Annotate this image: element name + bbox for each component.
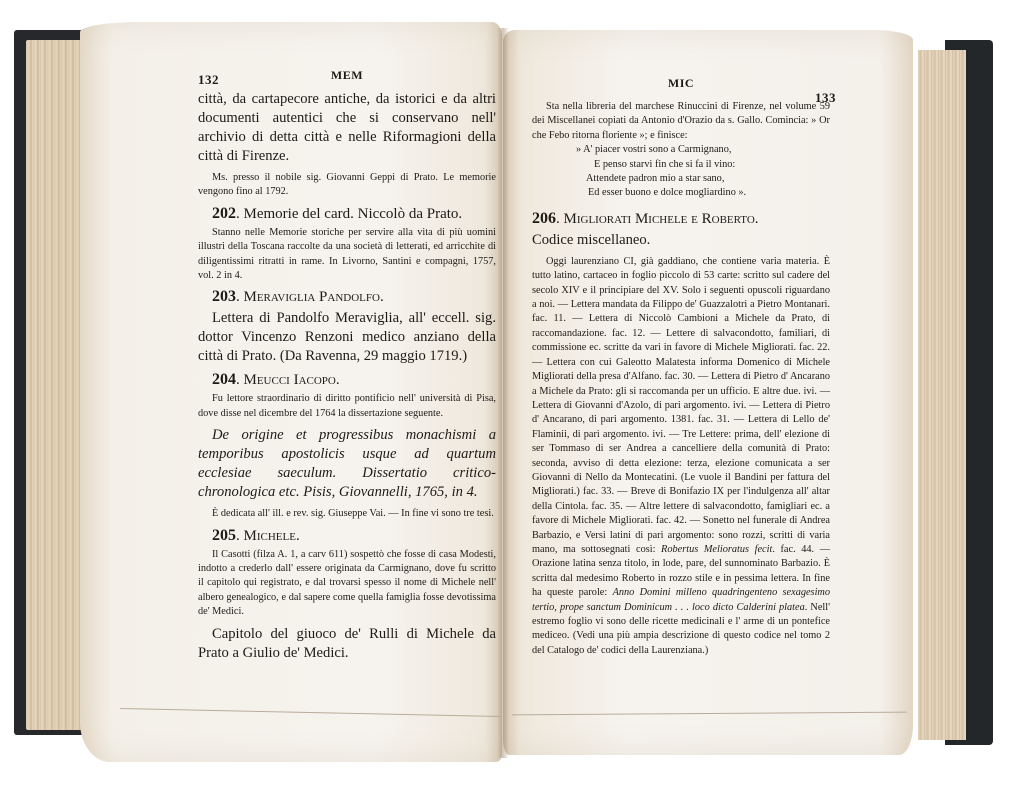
running-header: MIC 133 <box>532 80 830 100</box>
page-edges-right <box>918 50 966 740</box>
running-header: 132 MEM <box>198 70 496 90</box>
continuation-note: Ms. presso il nobile sig. Giovanni Geppi… <box>198 171 496 200</box>
left-page-text: 132 MEM città, da cartapecore antiche, d… <box>198 70 496 663</box>
entry-204-note2: È dedicata all' ill. e rev. sig. Giusepp… <box>198 507 496 521</box>
entry-206-title: Codice miscellaneo. <box>532 231 830 250</box>
entry-title: Memorie del card. Niccolò da Prato. <box>244 206 463 222</box>
entry-203-heading: 203. Meraviglia Pandolfo. <box>198 287 496 307</box>
entry-205-title: Capitolo del giuoco de' Rulli di Michele… <box>198 625 496 663</box>
entry-author: Migliorati Michele e Roberto. <box>564 211 759 227</box>
entry-204-heading: 204. Meucci Iacopo. <box>198 370 496 390</box>
entry-number: 203 <box>212 288 236 305</box>
verse-line: Ed esser buono e dolce mogliardino ». <box>576 186 830 200</box>
entry-203-title: Lettera di Pandolfo Meraviglia, all' ecc… <box>198 309 496 366</box>
page-number: 133 <box>815 90 836 106</box>
entry-205-heading: 205. Michele. <box>198 526 496 546</box>
running-head-word: MIC <box>532 76 830 91</box>
note-italic: Robertus Melioratus fecit <box>661 544 772 555</box>
note-text: Oggi laurenziano CI, già gaddiano, che c… <box>532 256 830 555</box>
entry-202-note: Stanno nelle Memorie storiche per servir… <box>198 226 496 284</box>
entry-author: Meucci Iacopo. <box>244 372 340 388</box>
verse-line: E penso starvi fin che si fa il vino: <box>576 158 830 172</box>
entry-number: 202 <box>212 205 236 222</box>
verse-line: » A' piacer vostri sono a Carmignano, <box>576 143 830 157</box>
entry-author: Meraviglia Pandolfo. <box>244 289 384 305</box>
running-head-word: MEM <box>198 68 496 83</box>
gutter-shadow <box>497 28 509 758</box>
verse-line: Attendete padron mio a star sano, <box>576 172 830 186</box>
continuation-note: Sta nella libreria del marchese Rinuccin… <box>532 100 830 143</box>
entry-author: Michele. <box>244 528 300 544</box>
entry-number: 205 <box>212 527 236 544</box>
quoted-verse: » A' piacer vostri sono a Carmignano, E … <box>532 143 830 201</box>
entry-number: 206 <box>532 210 556 227</box>
right-page-text: MIC 133 Sta nella libreria del marchese … <box>532 80 830 658</box>
continuation-text: città, da cartapecore antiche, da istori… <box>198 90 496 166</box>
entry-204-title: De origine et progressibus monachismi a … <box>198 426 496 502</box>
entry-206-note: Oggi laurenziano CI, già gaddiano, che c… <box>532 255 830 658</box>
entry-206-heading: 206. Migliorati Michele e Roberto. <box>532 209 830 229</box>
entry-number: 204 <box>212 371 236 388</box>
entry-205-note: Il Casotti (filza A. 1, a carv 611) sosp… <box>198 548 496 620</box>
entry-204-note: Fu lettore straordinario di diritto pont… <box>198 392 496 421</box>
entry-202-heading: 202. Memorie del card. Niccolò da Prato. <box>198 204 496 224</box>
